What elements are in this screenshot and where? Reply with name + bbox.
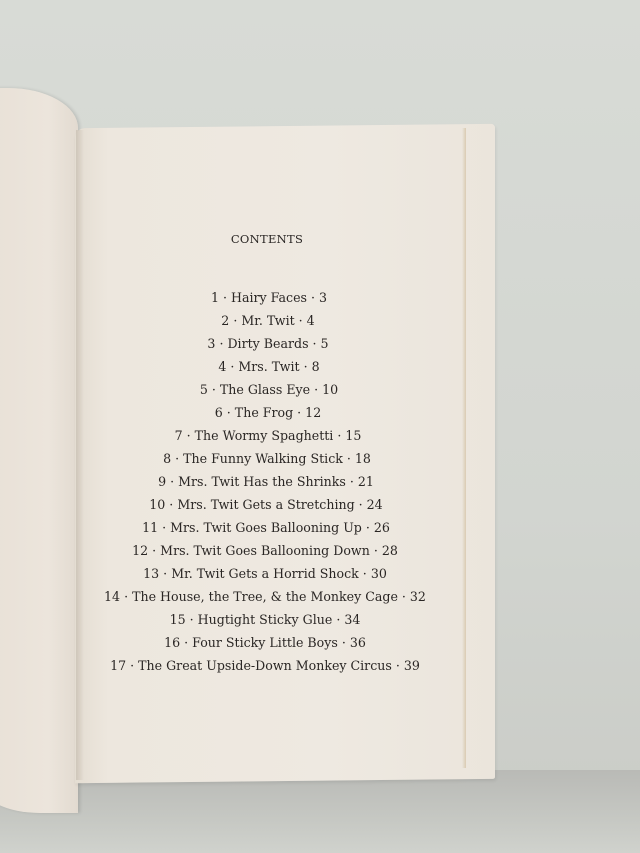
toc-item: 6 · The Frog · 12 — [86, 401, 450, 424]
toc-item: 16 · Four Sticky Little Boys · 36 — [80, 631, 450, 654]
toc-item: 10 · Mrs. Twit Gets a Stretching · 24 — [82, 493, 450, 516]
toc-item: 9 · Mrs. Twit Has the Shrinks · 21 — [82, 470, 450, 493]
toc-item: 7 · The Wormy Spaghetti · 15 — [86, 424, 450, 447]
toc-item: 14 · The House, the Tree, & the Monkey C… — [80, 585, 450, 608]
toc-item: 3 · Dirty Beards · 5 — [86, 332, 450, 355]
toc-item: 1 · Hairy Faces · 3 — [88, 286, 450, 309]
toc-item: 2 · Mr. Twit · 4 — [86, 309, 450, 332]
table-of-contents: CONTENTS 1 · Hairy Faces · 3 2 · Mr. Twi… — [80, 232, 450, 677]
toc-item: 11 · Mrs. Twit Goes Ballooning Up · 26 — [82, 516, 450, 539]
page-edge — [462, 128, 466, 768]
left-page — [0, 88, 78, 813]
toc-item: 5 · The Glass Eye · 10 — [88, 378, 450, 401]
toc-item: 13 · Mr. Twit Gets a Horrid Shock · 30 — [80, 562, 450, 585]
toc-item: 15 · Hugtight Sticky Glue · 34 — [80, 608, 450, 631]
toc-item: 8 · The Funny Walking Stick · 18 — [84, 447, 450, 470]
contents-heading: CONTENTS — [84, 232, 450, 246]
toc-item: 17 · The Great Upside-Down Monkey Circus… — [80, 654, 450, 677]
toc-item: 12 · Mrs. Twit Goes Ballooning Down · 28 — [80, 539, 450, 562]
toc-item: 4 · Mrs. Twit · 8 — [88, 355, 450, 378]
